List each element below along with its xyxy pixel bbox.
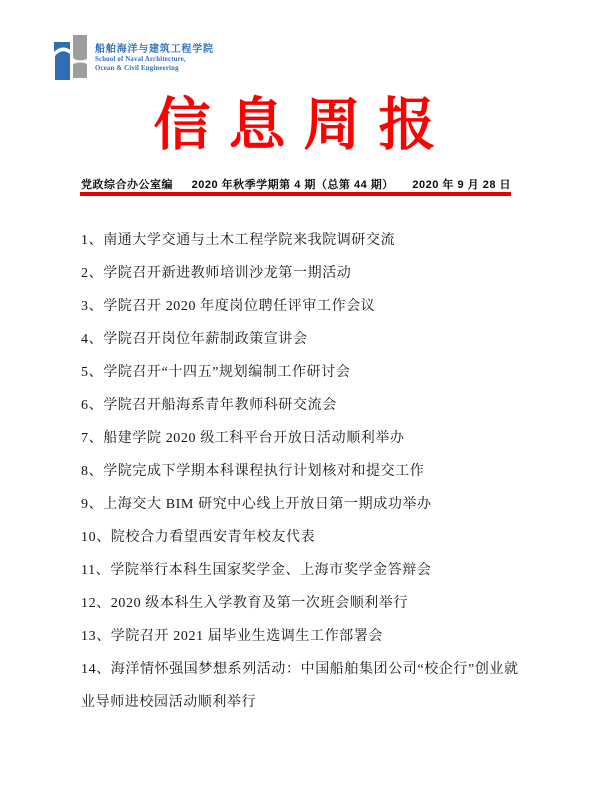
- toc-item: 8、学院完成下学期本科课程执行计划核对和提交工作: [81, 455, 523, 488]
- school-name-en-line2: Ocean & Civil Engineering: [95, 65, 214, 73]
- toc-item: 6、学院召开船海系青年教师科研交流会: [81, 389, 523, 422]
- issue-info-line: 党政综合办公室编 2020 年秋季学期第 4 期（总第 44 期） 2020 年…: [81, 176, 511, 192]
- bulletin-title: 信息周报: [0, 92, 589, 158]
- document-page: 船舶海洋与建筑工程学院 School of Naval Architecture…: [0, 0, 589, 801]
- toc-item: 1、南通大学交通与土木工程学院来我院调研交流: [81, 224, 523, 257]
- toc-item: 3、学院召开 2020 年度岗位聘任评审工作会议: [81, 290, 523, 323]
- toc-item: 7、船建学院 2020 级工科平台开放日活动顺利举办: [81, 422, 523, 455]
- toc-item: 9、上海交大 BIM 研究中心线上开放日第一期成功举办: [81, 488, 523, 521]
- toc-item: 10、院校合力看望西安青年校友代表: [81, 521, 523, 554]
- school-name-cn: 船舶海洋与建筑工程学院: [95, 44, 214, 55]
- toc-item: 4、学院召开岗位年薪制政策宣讲会: [81, 323, 523, 356]
- issue-date: 2020 年 9 月 28 日: [412, 176, 511, 192]
- school-logo-mark-icon: [54, 35, 88, 81]
- toc-item: 11、学院举行本科生国家奖学金、上海市奖学金答辩会: [81, 554, 523, 587]
- toc-item: 13、学院召开 2021 届毕业生选调生工作部署会: [81, 620, 523, 653]
- school-logo-text: 船舶海洋与建筑工程学院 School of Naval Architecture…: [95, 35, 214, 73]
- headline-list: 1、南通大学交通与土木工程学院来我院调研交流 2、学院召开新进教师培训沙龙第一期…: [81, 224, 523, 719]
- issue-editor: 党政综合办公室编: [81, 176, 173, 192]
- toc-item: 14、海洋情怀强国梦想系列活动：中国船舶集团公司“校企行”创业就业导师进校园活动…: [81, 653, 523, 719]
- issue-number: 2020 年秋季学期第 4 期（总第 44 期）: [192, 176, 394, 192]
- red-divider-rule: [80, 192, 511, 196]
- school-name-en-line1: School of Naval Architecture,: [95, 56, 214, 64]
- toc-item: 2、学院召开新进教师培训沙龙第一期活动: [81, 257, 523, 290]
- toc-item: 5、学院召开“十四五”规划编制工作研讨会: [81, 356, 523, 389]
- toc-item: 12、2020 级本科生入学教育及第一次班会顺利举行: [81, 587, 523, 620]
- school-logo: 船舶海洋与建筑工程学院 School of Naval Architecture…: [54, 35, 214, 81]
